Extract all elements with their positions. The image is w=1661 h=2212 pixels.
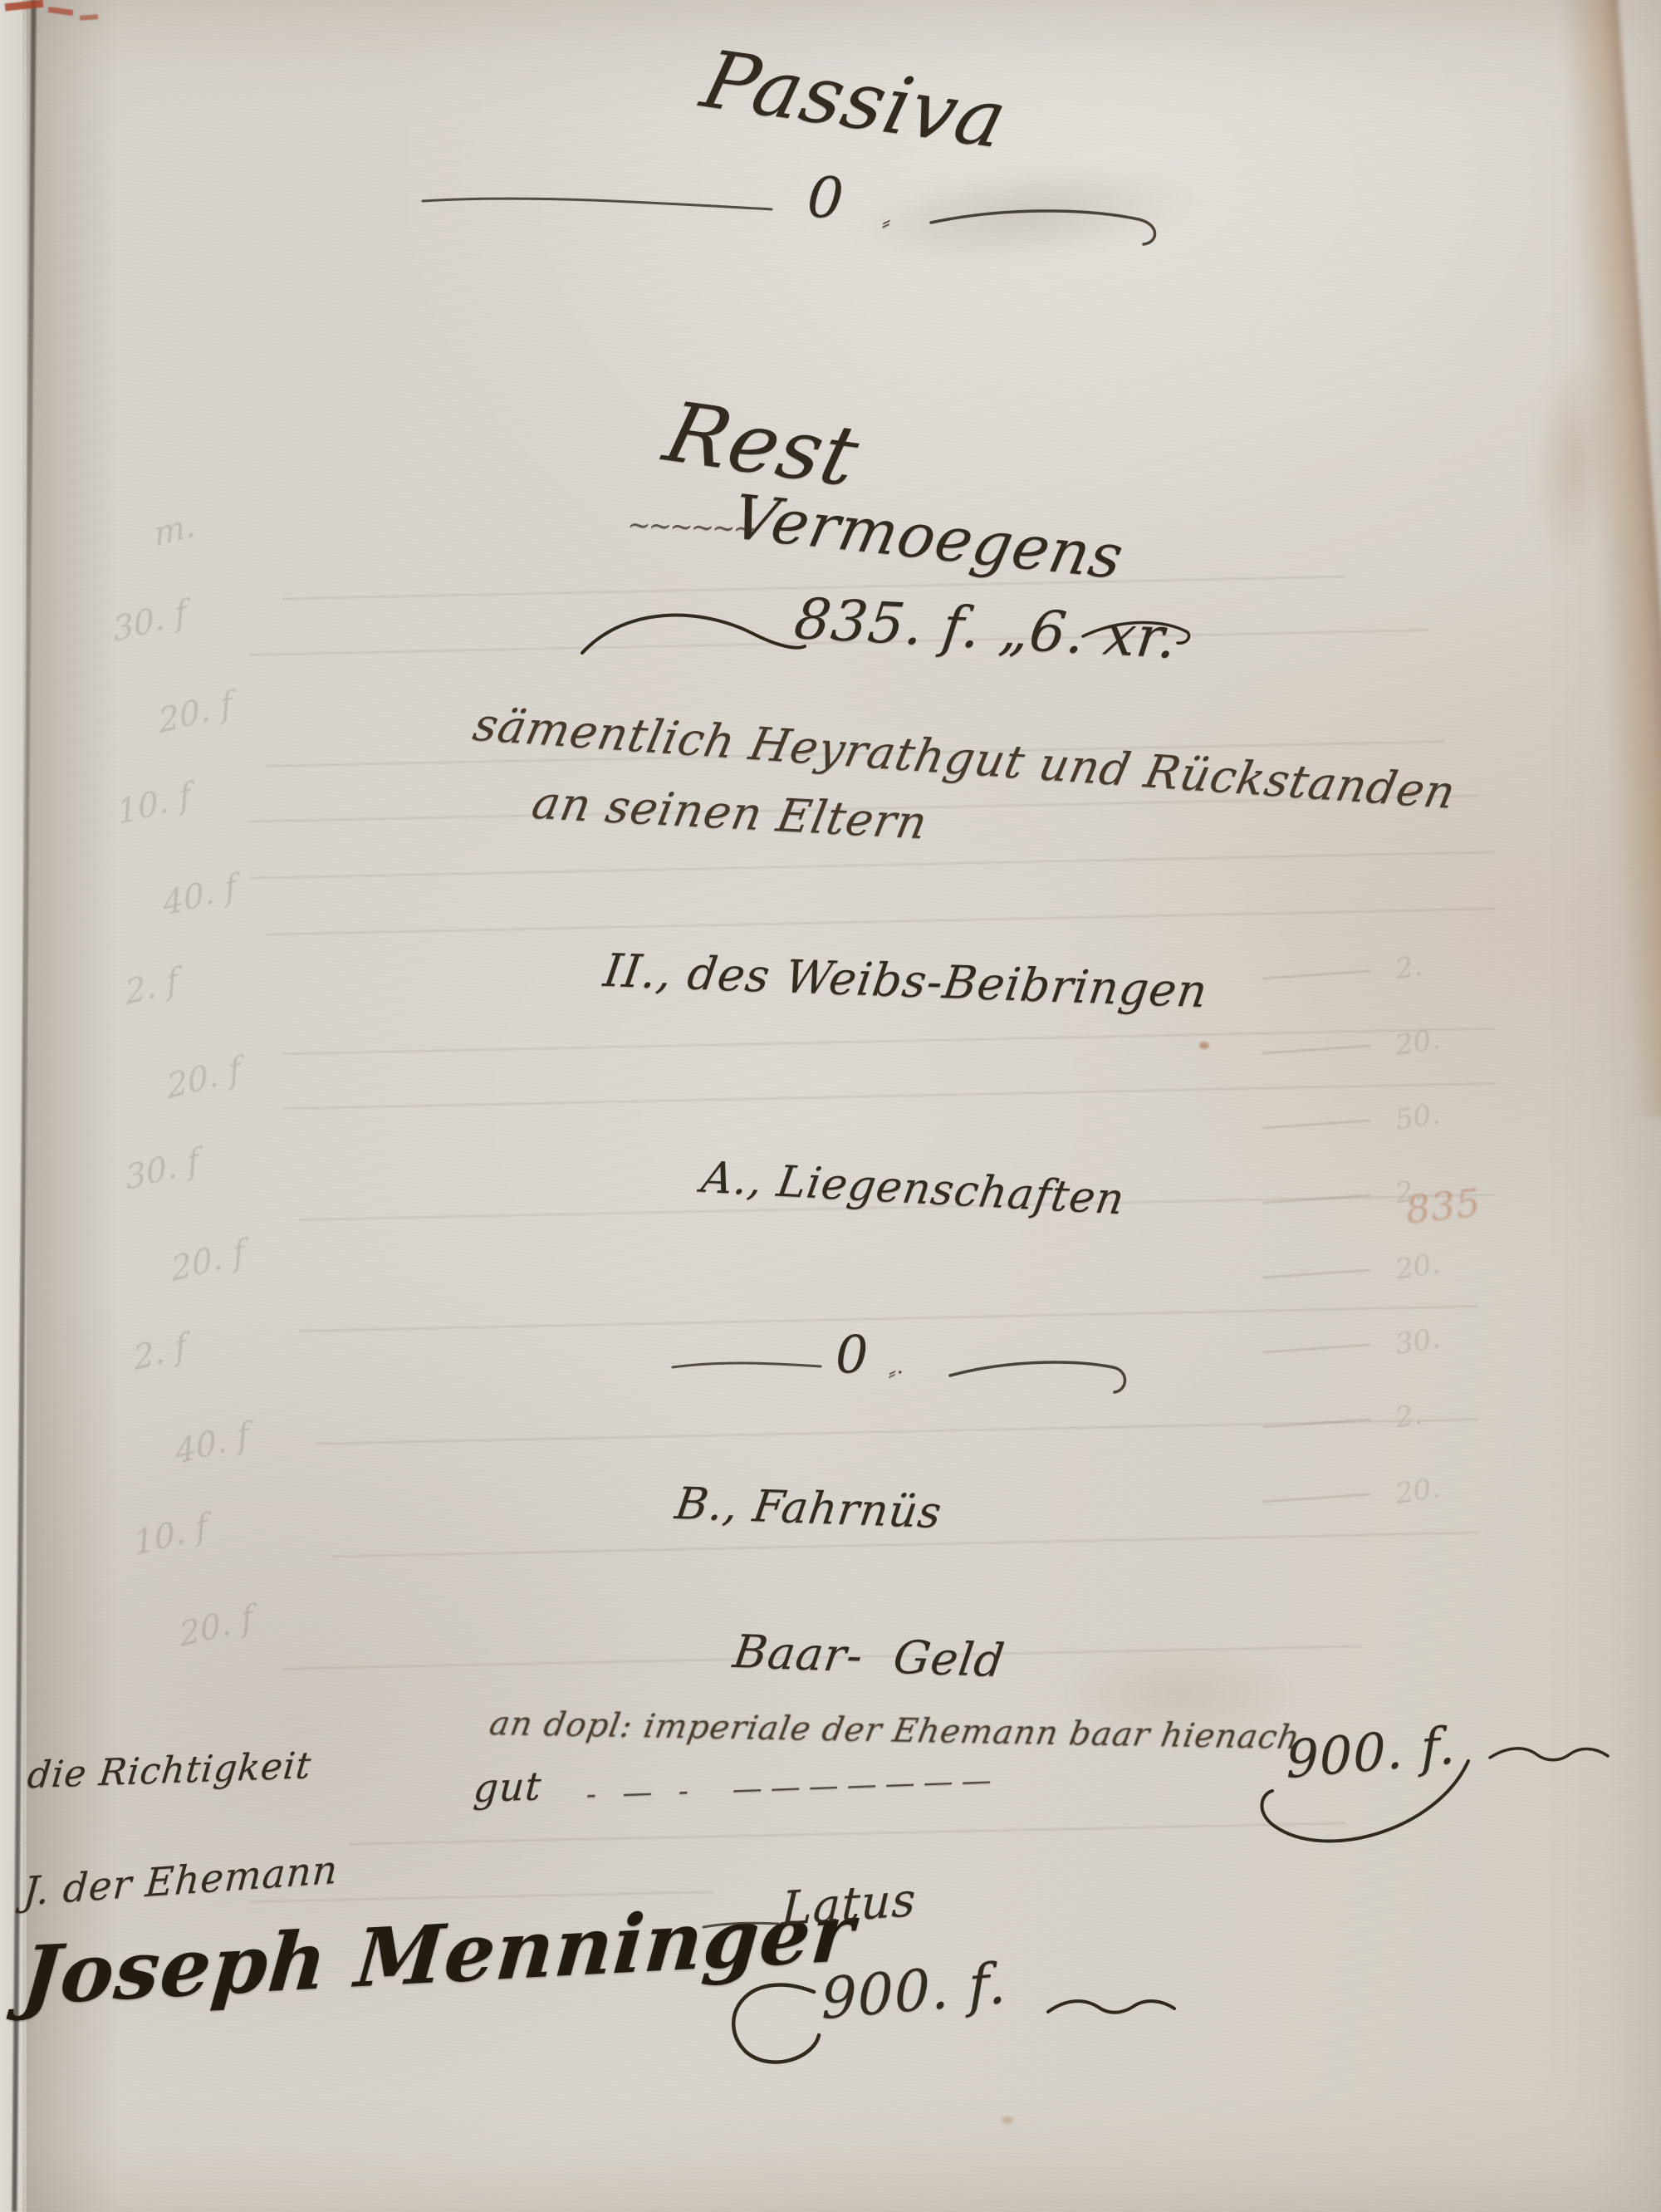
ghost-bleedthrough-amount: 50. [1393, 1097, 1443, 1137]
zero-row-dash-left [671, 1352, 829, 1374]
ghost-bleedthrough-amount: 30. [1393, 1322, 1443, 1361]
zero-row-marks: ⸗· [889, 1361, 904, 1386]
manuscript-photo: lies g 1 m. 30. f 20. f 10. f 40. f 2. f… [0, 0, 1661, 2212]
ghost-bleedthrough-amount: 20. [1393, 1247, 1443, 1287]
cash-heading: Baar- Geld [730, 1625, 1008, 1687]
cash-entry-word: gut [472, 1763, 543, 1812]
cash-amount-squiggle [1487, 1733, 1653, 1774]
divider-flourish-right [926, 186, 1175, 248]
divider-zero: 0 [805, 164, 846, 233]
rust-spot [1199, 1042, 1209, 1049]
rust-spot [1002, 2116, 1013, 2124]
zero-row-dash-right [947, 1342, 1138, 1397]
amount-trail-flourish [1080, 611, 1204, 658]
divider-marks: ⸗ [882, 208, 891, 237]
latus-dash [702, 1917, 781, 1932]
ghost-bleedthrough-amount: 2. [1393, 949, 1424, 987]
amount-swash [577, 600, 810, 666]
ghost-bleedthrough-amount: 2. [1393, 1398, 1424, 1435]
ghost-sum: 835 [1404, 1180, 1483, 1233]
latus-amount-squiggle [1045, 1985, 1194, 2028]
cash-amount-flourish [1246, 1754, 1487, 1858]
latus-amount-loop [713, 1977, 829, 2075]
divider-flourish-left [419, 193, 777, 218]
ghost-bleedthrough-amount: 20. [1393, 1023, 1443, 1062]
zero-row-value: 0 [835, 1324, 869, 1385]
latus-label: Latus [781, 1873, 918, 1937]
ghost-bleedthrough-amount: 20. [1393, 1471, 1443, 1511]
section-heading-fahrnis: B., Fahrnüs [672, 1479, 945, 1538]
